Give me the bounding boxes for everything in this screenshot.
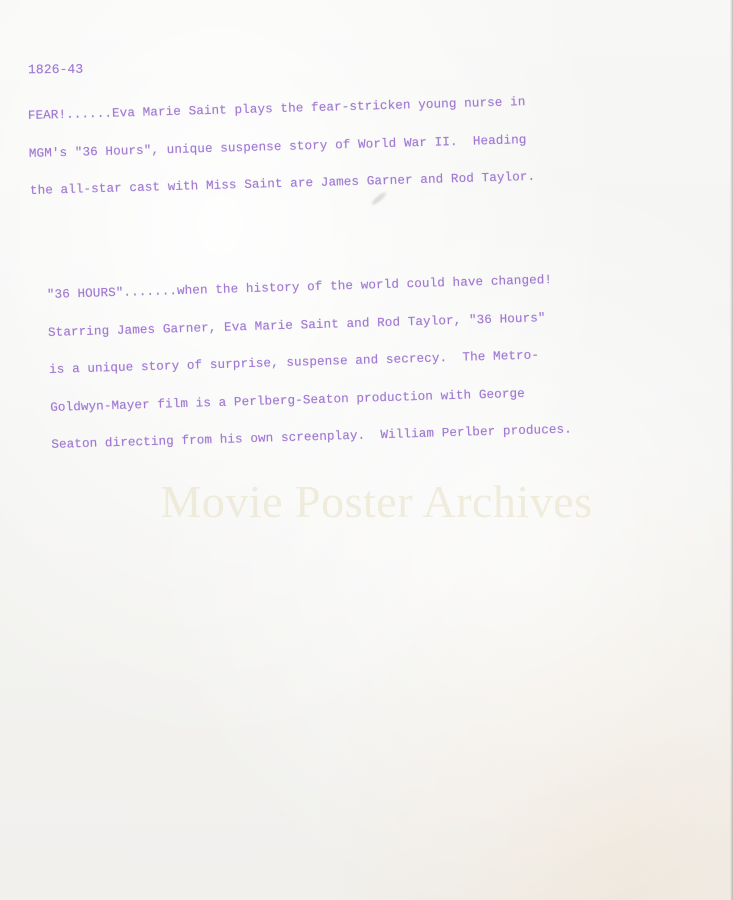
caption-line: FEAR!......Eva Marie Saint plays the fea… (28, 96, 534, 123)
caption-line: Goldwyn-Mayer film is a Perlberg-Seaton … (50, 386, 571, 414)
caption-line: is a unique story of surprise, suspense … (49, 349, 570, 377)
caption-line: "36 HOURS".......when the history of the… (47, 274, 568, 302)
caption-line: the all-star cast with Miss Saint are Ja… (30, 171, 536, 198)
photo-back-paper: 1826-43 FEAR!......Eva Marie Saint plays… (0, 0, 733, 900)
caption-line: Starring James Garner, Eva Marie Saint a… (48, 311, 569, 339)
caption-fear: FEAR!......Eva Marie Saint plays the fea… (27, 71, 536, 223)
catalog-number: 1826-43 (28, 64, 83, 77)
caption-36-hours: "36 HOURS".......when the history of the… (46, 249, 573, 477)
watermark: Movie Poster Archives (0, 475, 733, 528)
caption-line: Seaton directing from his own screenplay… (51, 423, 572, 451)
caption-line: MGM's "36 Hours", unique suspense story … (29, 133, 535, 160)
